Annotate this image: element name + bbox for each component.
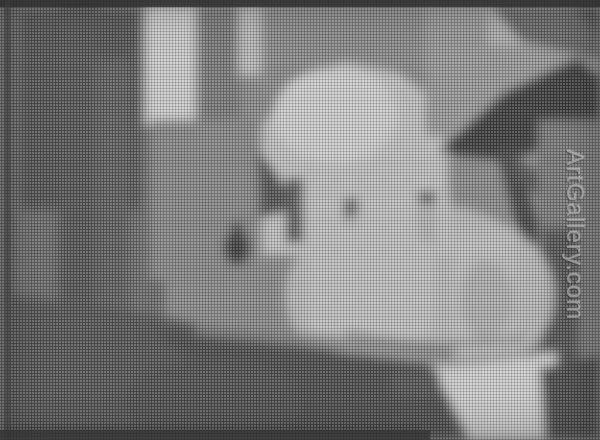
scanned-artwork-image: ArtGallery.com — [0, 0, 600, 440]
frame-border-top — [0, 0, 600, 7]
frame-border-bottom — [0, 430, 430, 440]
painting-halftone-render — [0, 0, 600, 440]
frame-border-left — [5, 0, 10, 440]
